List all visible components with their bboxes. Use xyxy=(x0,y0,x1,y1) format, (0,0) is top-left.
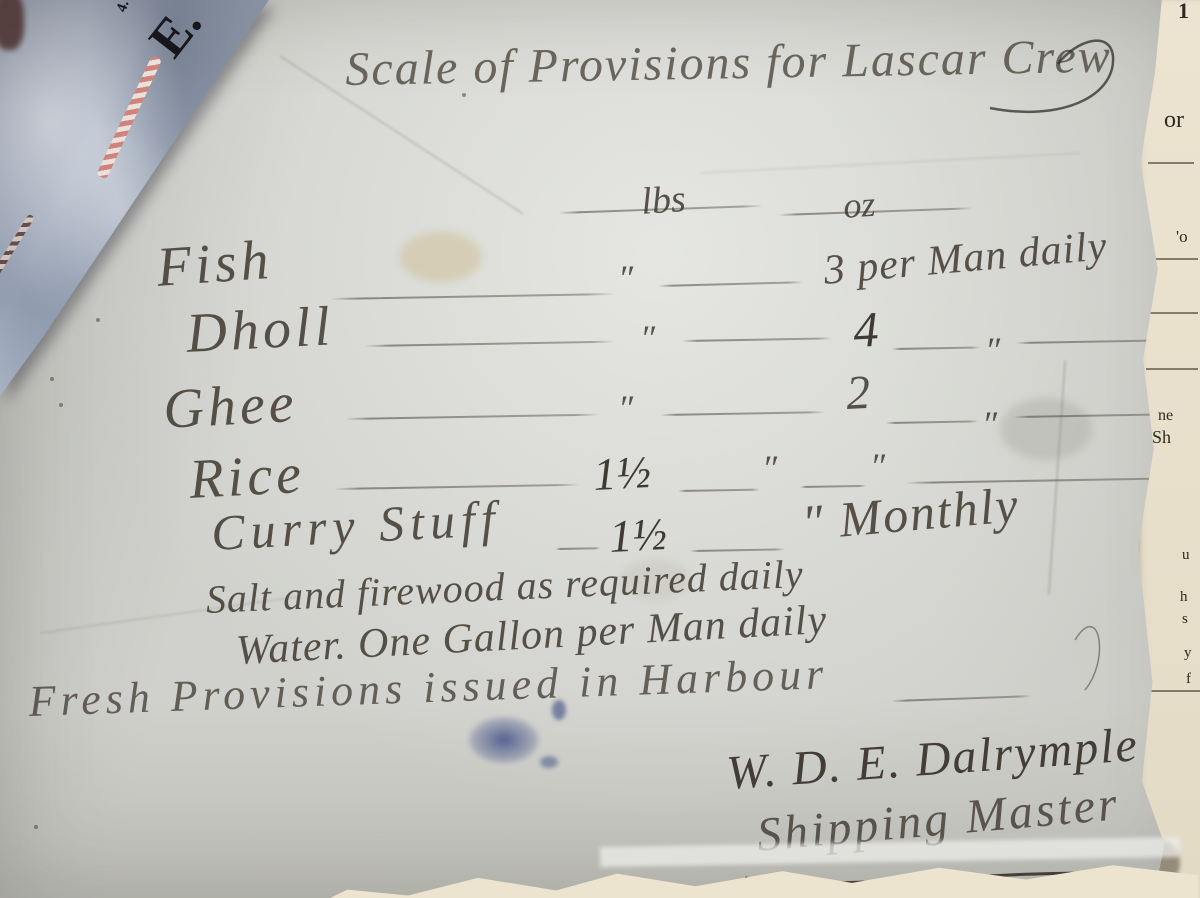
row-oz-ditto: ″ xyxy=(982,406,997,442)
row-oz-value: 2 xyxy=(845,369,871,418)
printed-fragment: or xyxy=(1164,108,1184,132)
row-oz-ditto: ″ xyxy=(985,332,1000,368)
paper-stain xyxy=(1000,398,1092,460)
printed-fragment: f xyxy=(1186,672,1191,687)
printed-rule-fragment xyxy=(1148,162,1194,164)
printed-fragment: h xyxy=(1180,590,1188,605)
ink-smudge xyxy=(540,756,558,768)
cover-printed-number: 4. xyxy=(114,0,134,15)
printed-fragment: y xyxy=(1184,646,1192,661)
ink-smudge xyxy=(552,700,566,720)
row-lbs-value: ″ xyxy=(618,390,633,426)
printed-rule-fragment xyxy=(1146,368,1198,370)
row-oz-value: 4 xyxy=(852,304,880,355)
column-header-lbs: lbs xyxy=(640,180,687,221)
corner-dark-mark xyxy=(0,0,24,50)
printed-fragment: 'o xyxy=(1176,228,1188,245)
row-lbs-value: 1½ xyxy=(608,511,668,560)
row-oz-ditto: ″ xyxy=(870,448,885,484)
pinhole xyxy=(34,825,38,829)
row-lbs-value: 1½ xyxy=(592,449,652,498)
printed-fragment: Sh xyxy=(1152,428,1171,446)
row-oz-value: ″ xyxy=(762,450,777,486)
printed-fragment: u xyxy=(1182,548,1190,563)
row-lbs-value: ″ xyxy=(640,320,655,356)
cover-paper-wrap: E. 4. xyxy=(0,0,280,440)
row-item-label: Rice xyxy=(188,446,306,508)
paper-stain xyxy=(400,232,482,282)
ink-smudge xyxy=(468,716,540,764)
row-lbs-value: ″ xyxy=(618,260,633,296)
printed-rule-fragment xyxy=(1148,312,1198,314)
printed-fragment: ne xyxy=(1158,408,1173,424)
column-header-oz: oz xyxy=(842,186,876,224)
printed-fragment: s xyxy=(1182,612,1188,627)
manuscript-photo: Scale of Provisions for Lascar Crew lbs … xyxy=(0,0,1200,898)
cover-paper-fragment: E. 4. xyxy=(0,0,280,440)
printed-fragment: 1 xyxy=(1178,0,1189,22)
